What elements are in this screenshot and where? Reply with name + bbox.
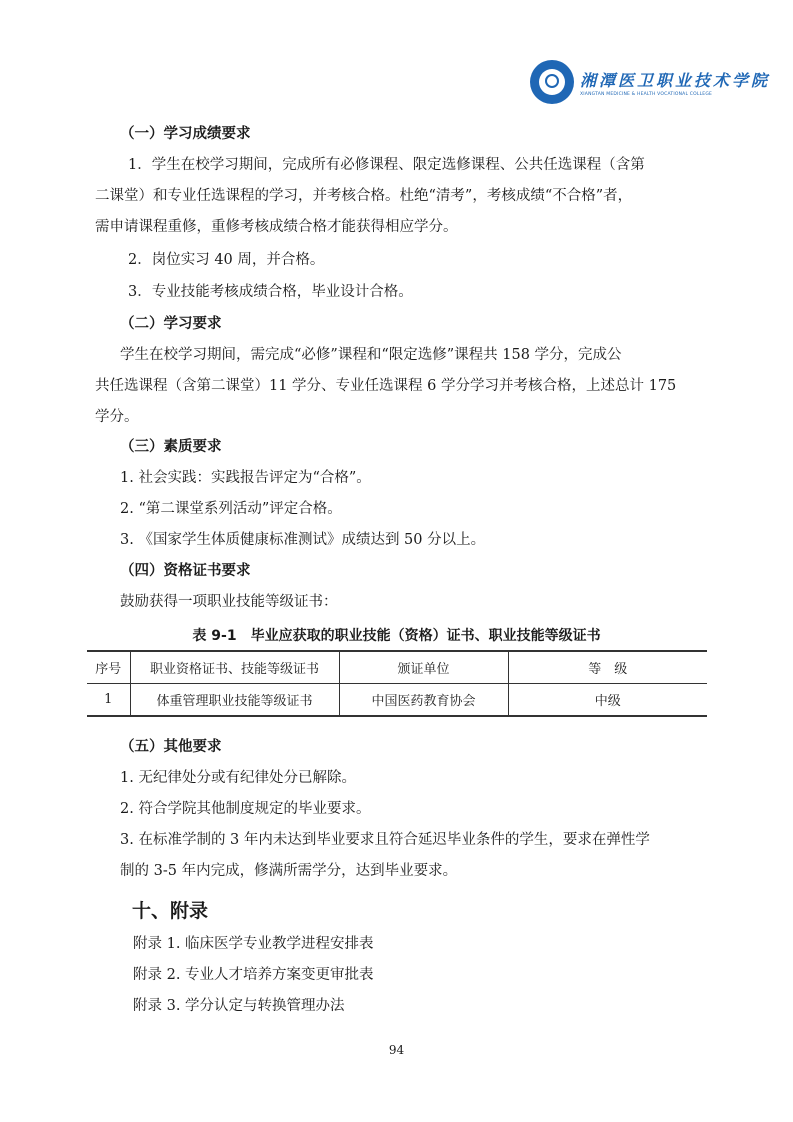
header-cell: 序号 bbox=[87, 651, 130, 684]
appendix-item: 附录 2. 专业人才培养方案变更审批表 bbox=[133, 965, 374, 985]
paragraph-line: 学生在校学习期间，需完成“必修”课程和“限定选修”课程共 158 学分，完成公 bbox=[120, 345, 622, 365]
section-heading-academic: （一）学习成绩要求 bbox=[120, 124, 251, 144]
table-cell: 体重管理职业技能等级证书 bbox=[130, 684, 339, 717]
paragraph-line: 学分。 bbox=[95, 407, 139, 427]
list-item: 2．岗位实习 40 周，并合格。 bbox=[128, 250, 324, 270]
header-cell: 颁证单位 bbox=[339, 651, 508, 684]
table-cell: 中级 bbox=[508, 684, 707, 717]
section-heading-other: （五）其他要求 bbox=[120, 737, 222, 757]
table-caption: 表 9-1 毕业应获取的职业技能（资格）证书、职业技能等级证书 bbox=[0, 625, 793, 645]
section-heading-quality: （三）素质要求 bbox=[120, 437, 222, 457]
list-item: 2. 符合学院其他制度规定的毕业要求。 bbox=[120, 799, 370, 819]
paragraph-line: 1．学生在校学习期间，完成所有必修课程、限定选修课程、公共任选课程（含第 bbox=[128, 155, 645, 175]
appendix-item: 附录 1. 临床医学专业教学进程安排表 bbox=[133, 934, 374, 954]
list-item: 1. 社会实践：实践报告评定为“合格”。 bbox=[120, 468, 371, 488]
header-cell: 职业资格证书、技能等级证书 bbox=[130, 651, 339, 684]
paragraph-line: 共任选课程（含第二课堂）11 学分、专业任选课程 6 学分学习并考核合格，上述总… bbox=[95, 376, 676, 396]
appendix-item: 附录 3. 学分认定与转换管理办法 bbox=[133, 996, 345, 1016]
college-emblem-icon bbox=[530, 60, 574, 104]
college-logo: 湘潭医卫职业技术学院 XIANGTAN MEDICINE & HEALTH VO… bbox=[530, 60, 770, 104]
list-item: 3. 在标准学制的 3 年内未达到毕业要求且符合延迟毕业条件的学生，要求在弹性学 bbox=[120, 830, 650, 850]
table-cell: 1 bbox=[87, 684, 130, 717]
logo-english-name: XIANGTAN MEDICINE & HEALTH VOCATIONAL CO… bbox=[580, 92, 770, 97]
list-item: 制的 3-5 年内完成，修满所需学分，达到毕业要求。 bbox=[120, 861, 457, 881]
paragraph-line: 二课堂）和专业任选课程的学习，并考核合格。杜绝“清考”，考核成绩“不合格”者， bbox=[95, 186, 632, 206]
table-row: 1 体重管理职业技能等级证书 中国医药教育协会 中级 bbox=[87, 684, 707, 717]
header-cell: 等 级 bbox=[508, 651, 707, 684]
section-heading-study: （二）学习要求 bbox=[120, 314, 222, 334]
paragraph-line: 鼓励获得一项职业技能等级证书： bbox=[120, 592, 338, 612]
table-header-row: 序号 职业资格证书、技能等级证书 颁证单位 等 级 bbox=[87, 651, 707, 684]
list-item: 2. “第二课堂系列活动”评定合格。 bbox=[120, 499, 342, 519]
certificate-table: 序号 职业资格证书、技能等级证书 颁证单位 等 级 1 体重管理职业技能等级证书… bbox=[87, 650, 707, 717]
logo-chinese-name: 湘潭医卫职业技术学院 bbox=[580, 68, 770, 91]
page-number: 94 bbox=[0, 1043, 793, 1057]
list-item: 3．专业技能考核成绩合格，毕业设计合格。 bbox=[128, 282, 413, 302]
table-cell: 中国医药教育协会 bbox=[339, 684, 508, 717]
paragraph-line: 需申请课程重修，重修考核成绩合格才能获得相应学分。 bbox=[95, 217, 458, 237]
list-item: 1. 无纪律处分或有纪律处分已解除。 bbox=[120, 768, 356, 788]
section-heading-certificate: （四）资格证书要求 bbox=[120, 561, 251, 581]
list-item: 3. 《国家学生体质健康标准测试》成绩达到 50 分以上。 bbox=[120, 530, 485, 550]
chapter-heading-appendix: 十、附录 bbox=[132, 896, 208, 923]
